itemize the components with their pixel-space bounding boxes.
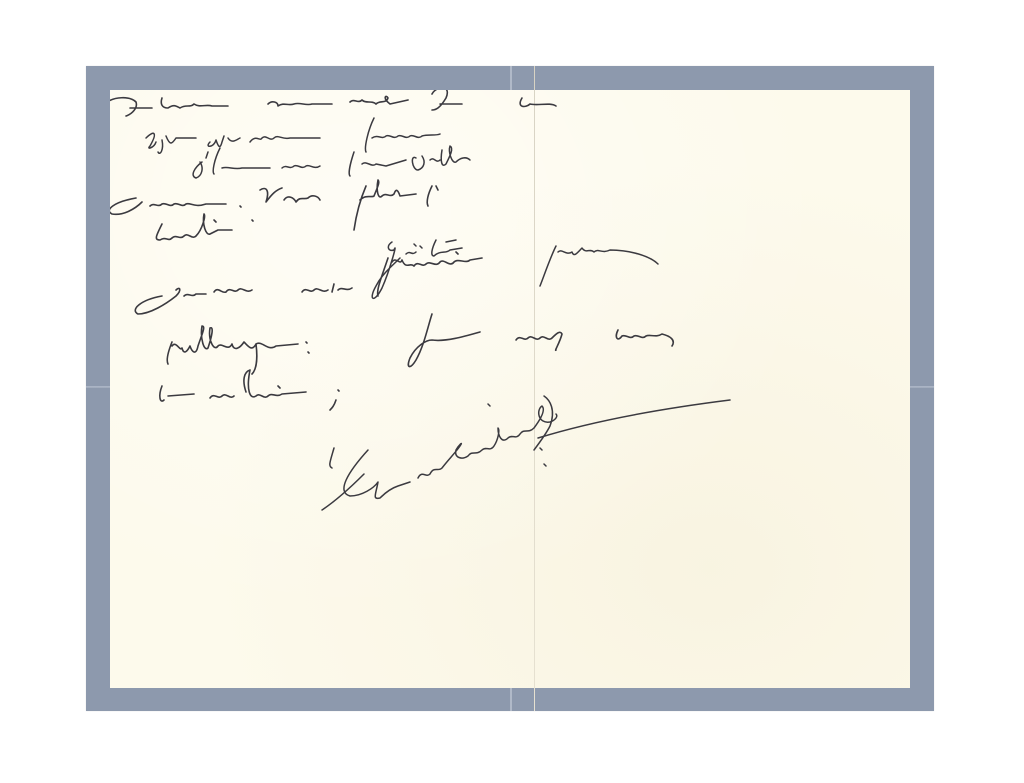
handwritten-line-8 [167,314,673,374]
handwritten-line-6 [372,240,658,298]
handwriting-strokes [110,90,910,688]
handwritten-line-5 [156,214,253,240]
handwritten-line-4 [110,180,438,230]
signature-strokes [322,396,730,510]
handwritten-line-7 [135,252,482,314]
handwritten-line-9 [160,370,339,410]
handwritten-line-3 [193,146,470,178]
handwritten-line-2 [146,118,440,153]
handwritten-line-1 [110,90,556,116]
letter-border-frame: De causer avec vous de ce sujet qui me p… [86,66,934,711]
letter-paper: De causer avec vous de ce sujet qui me p… [110,90,910,688]
